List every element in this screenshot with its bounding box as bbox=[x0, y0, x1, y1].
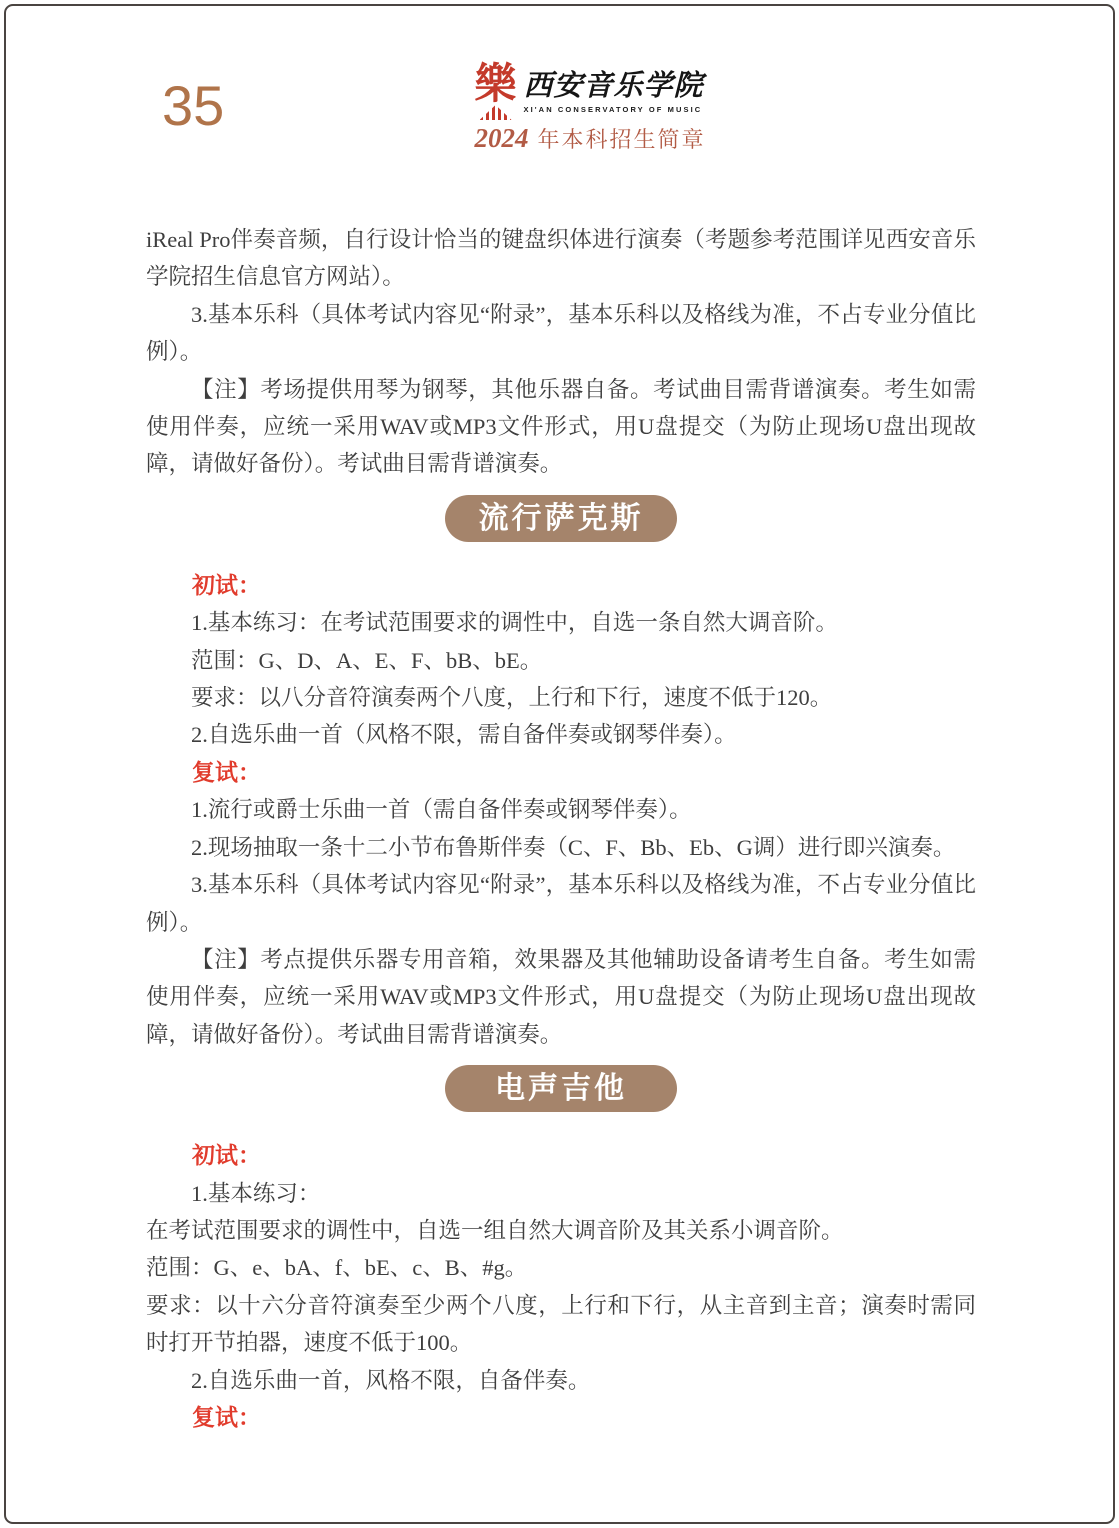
brochure-subtitle: 2024 年本科招生简章 bbox=[475, 125, 645, 152]
paragraph-guitar-fr-requirement: 要求：以十六分音符演奏至少两个八度，上行和下行，从主音到主音；演奏时需同时打开节… bbox=[146, 1287, 976, 1362]
brochure-year: 2024 bbox=[475, 125, 529, 152]
school-seal-icon: 樂 bbox=[475, 64, 517, 120]
section-title-pop-saxophone: 流行萨克斯 bbox=[445, 495, 677, 542]
label-first-round-guitar: 初试： bbox=[146, 1137, 976, 1174]
label-second-round-guitar: 复试： bbox=[146, 1399, 976, 1436]
paragraph-sax-note: 【注】考点提供乐器专用音箱，效果器及其他辅助设备请考生自备。考生如需使用伴奏，应… bbox=[146, 941, 976, 1053]
paragraph-sax-fr-range: 范围：G、D、A、E、F、bB、bE。 bbox=[146, 642, 976, 679]
school-name-chinese: 西安音乐学院 bbox=[524, 72, 704, 101]
paragraph-note-keyboard: 【注】考场提供用琴为钢琴，其他乐器自备。考试曲目需背谱演奏。考生如需使用伴奏，应… bbox=[146, 371, 976, 483]
paragraph-sax-sr-theory: 3.基本乐科（具体考试内容见“附录”，基本乐科以及格线为准，不占专业分值比例）。 bbox=[146, 866, 976, 941]
seal-glyph: 樂 bbox=[475, 64, 517, 106]
paragraph-guitar-fr-exercise: 1.基本练习： bbox=[146, 1175, 976, 1212]
paragraph-basic-music-theory: 3.基本乐科（具体考试内容见“附录”，基本乐科以及格线为准，不占专业分值比例）。 bbox=[146, 296, 976, 371]
school-name-english: XI'AN CONSERVATORY OF MUSIC bbox=[524, 105, 704, 114]
paragraph-sax-sr-piece: 1.流行或爵士乐曲一首（需自备伴奏或钢琴伴奏）。 bbox=[146, 791, 976, 828]
paragraph-sax-fr-piece: 2.自选乐曲一首（风格不限，需自备伴奏或钢琴伴奏）。 bbox=[146, 716, 976, 753]
label-first-round-sax: 初试： bbox=[146, 567, 976, 604]
paragraph-intro-continuation: iReal Pro伴奏音频，自行设计恰当的键盘织体进行演奏（考题参考范围详见西安… bbox=[146, 221, 976, 296]
paragraph-guitar-fr-scales: 在考试范围要求的调性中，自选一组自然大调音阶及其关系小调音阶。 bbox=[146, 1212, 976, 1249]
page-number: 35 bbox=[162, 78, 224, 134]
label-second-round-sax: 复试： bbox=[146, 754, 976, 791]
brochure-subtitle-text: 年本科招生简章 bbox=[538, 129, 706, 151]
school-names: 西安音乐学院 XI'AN CONSERVATORY OF MUSIC bbox=[524, 64, 704, 114]
paragraph-sax-fr-exercise: 1.基本练习：在考试范围要求的调性中，自选一条自然大调音阶。 bbox=[146, 604, 976, 641]
section-title-electric-guitar: 电声吉他 bbox=[445, 1065, 677, 1112]
paragraph-guitar-fr-range: 范围：G、e、bA、f、bE、c、B、#g。 bbox=[146, 1249, 976, 1286]
paragraph-sax-fr-requirement: 要求：以八分音符演奏两个八度，上行和下行，速度不低于120。 bbox=[146, 679, 976, 716]
school-logo: 樂 西安音乐学院 XI'AN CONSERVATORY OF MUSIC 202… bbox=[475, 64, 645, 152]
logo-top-row: 樂 西安音乐学院 XI'AN CONSERVATORY OF MUSIC bbox=[475, 64, 645, 120]
paragraph-guitar-fr-piece: 2.自选乐曲一首，风格不限，自备伴奏。 bbox=[146, 1362, 976, 1399]
paragraph-sax-sr-blues: 2.现场抽取一条十二小节布鲁斯伴奏（C、F、Bb、Eb、G调）进行即兴演奏。 bbox=[146, 829, 976, 866]
page-content: iReal Pro伴奏音频，自行设计恰当的键盘织体进行演奏（考题参考范围详见西安… bbox=[146, 221, 976, 1436]
